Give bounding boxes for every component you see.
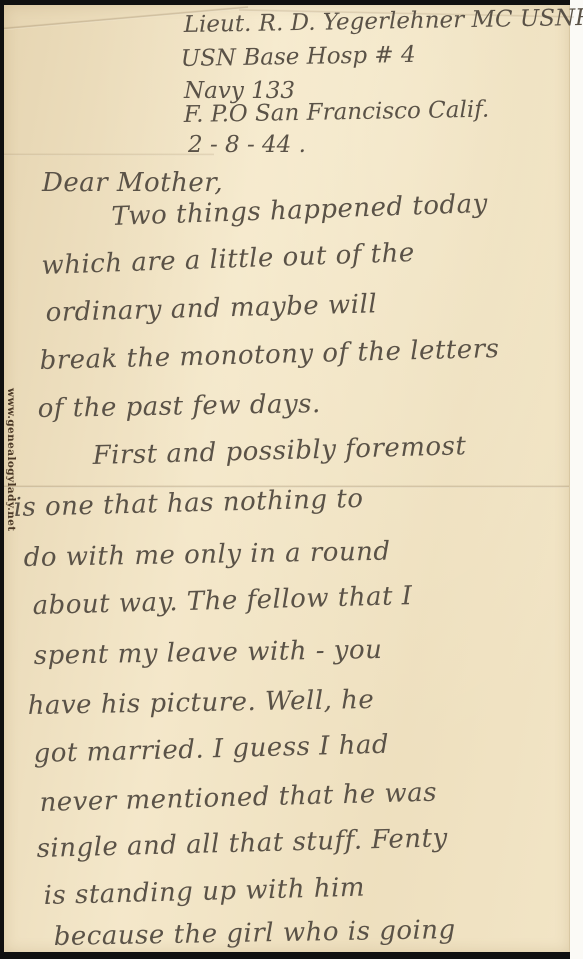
letter-line: spent my leave with - you [33,635,382,671]
letter-line: do with me only in a round [23,537,390,573]
address-line: F. P.O San Francisco Calif. [184,97,490,128]
address-line: USN Base Hosp # 4 [181,42,416,72]
scanned-letter: www.genealogylady.net Lieut. R. D. Yeger… [0,0,583,959]
date-line: 2 - 8 - 44 . [188,132,306,158]
letter-line: of the past few days. [37,389,321,424]
fold-crease [4,153,214,156]
letter-line: have his picture. Well, he [27,685,374,721]
salutation: Dear Mother, [42,168,223,198]
scanner-edge-strip [570,0,583,959]
